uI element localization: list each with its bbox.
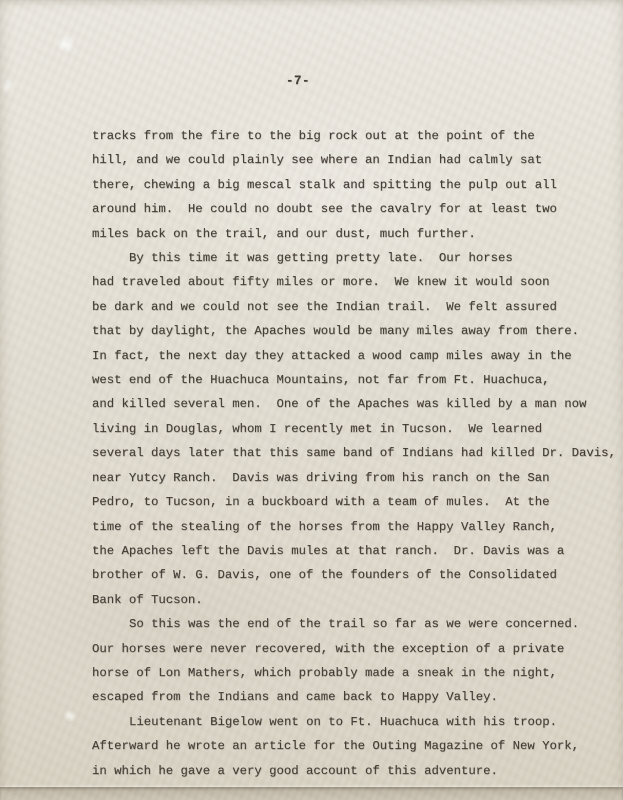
text-line: had traveled about fifty miles or more. … xyxy=(92,270,619,294)
text-line: living in Douglas, whom I recently met i… xyxy=(92,417,619,441)
text-line: several days later that this same band o… xyxy=(92,441,619,465)
paragraph: By this time it was getting pretty late.… xyxy=(92,246,619,612)
text-line: So this was the end of the trail so far … xyxy=(92,612,619,636)
text-line: Bank of Tucson. xyxy=(92,588,619,612)
text-line: and killed several men. One of the Apach… xyxy=(92,392,619,416)
text-line: horse of Lon Mathers, which probably mad… xyxy=(92,661,619,685)
document-page: -7- tracks from the fire to the big rock… xyxy=(0,0,623,800)
page-number: -7- xyxy=(286,74,310,88)
text-line: be dark and we could not see the Indian … xyxy=(92,295,619,319)
text-line: Pedro, to Tucson, in a buckboard with a … xyxy=(92,490,619,514)
text-line: around him. He could no doubt see the ca… xyxy=(92,197,619,221)
paragraph: tracks from the fire to the big rock out… xyxy=(92,124,619,246)
document-text: tracks from the fire to the big rock out… xyxy=(92,124,619,800)
text-line: escaped from the Indians and came back t… xyxy=(92,685,619,709)
paragraph: So this was the end of the trail so far … xyxy=(92,612,619,710)
text-line: Afterward he wrote an article for the Ou… xyxy=(92,734,619,758)
text-line: brother of W. G. Davis, one of the found… xyxy=(92,563,619,587)
text-line: hill, and we could plainly see where an … xyxy=(92,148,619,172)
text-line: tracks from the fire to the big rock out… xyxy=(92,124,619,148)
text-line: the Apaches left the Davis mules at that… xyxy=(92,539,619,563)
text-line: there, chewing a big mescal stalk and sp… xyxy=(92,173,619,197)
text-line: that by daylight, the Apaches would be m… xyxy=(92,319,619,343)
paper-bottom-edge xyxy=(0,787,623,800)
text-line: In fact, the next day they attacked a wo… xyxy=(92,344,619,368)
text-line: west end of the Huachuca Mountains, not … xyxy=(92,368,619,392)
text-line: By this time it was getting pretty late.… xyxy=(92,246,619,270)
text-line: near Yutcy Ranch. Davis was driving from… xyxy=(92,466,619,490)
paragraph: Lieutenant Bigelow went on to Ft. Huachu… xyxy=(92,710,619,783)
text-line: Our horses were never recovered, with th… xyxy=(92,637,619,661)
text-line: time of the stealing of the horses from … xyxy=(92,515,619,539)
text-line: Lieutenant Bigelow went on to Ft. Huachu… xyxy=(92,710,619,734)
text-line: miles back on the trail, and our dust, m… xyxy=(92,222,619,246)
